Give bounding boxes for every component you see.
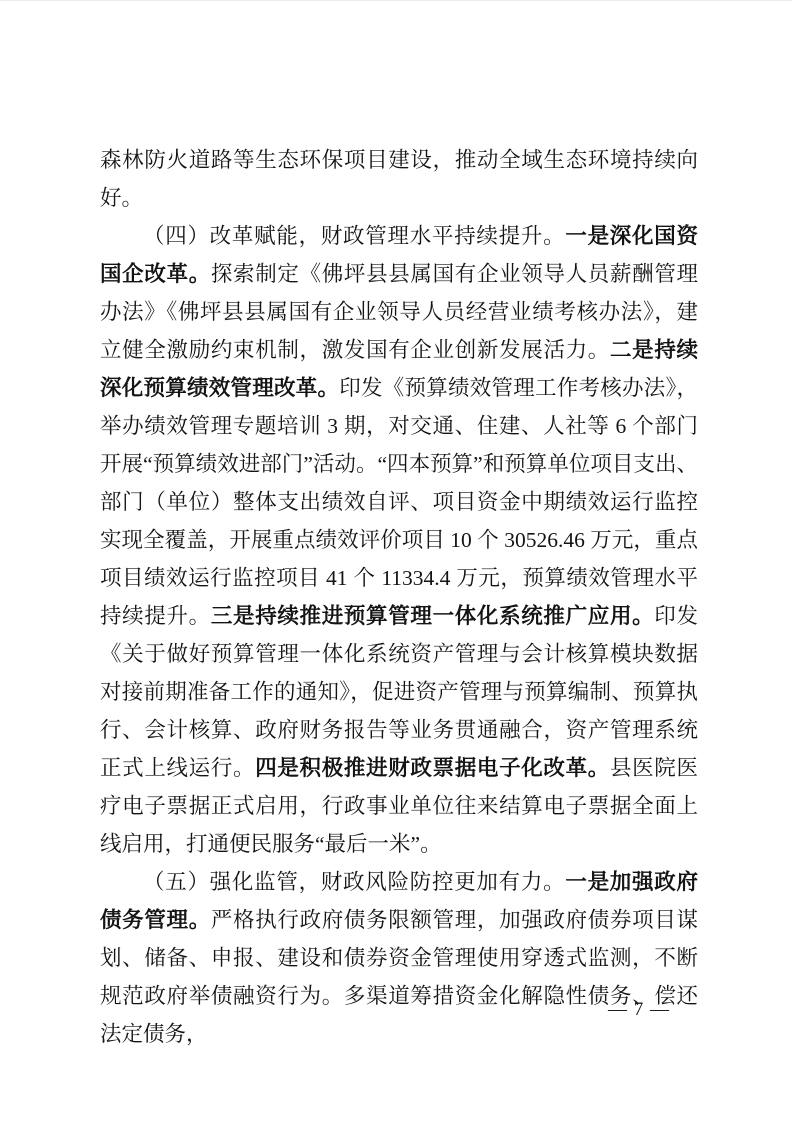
body-text-run: 森林防火道路等生态环保项目建设，推动全域生态环境持续向好。 [100, 148, 698, 210]
bold-point-3-run: 三是持续推进预算管理一体化系统推广应用。 [211, 604, 654, 628]
page-number: — 7 — [608, 997, 670, 1023]
document-page: 森林防火道路等生态环保项目建设，推动全域生态环境持续向好。 （四）改革赋能，财政… [0, 0, 792, 1121]
paragraph-continuation: 森林防火道路等生态环保项目建设，推动全域生态环境持续向好。 [100, 141, 698, 217]
paragraph-section-4: （四）改革赋能，财政管理水平持续提升。一是深化国资国企改革。探索制定《佛坪县县属… [100, 217, 698, 863]
body-text-run: 印发《预算绩效管理工作考核办法》，举办绩效管理专题培训 3 期，对交通、住建、人… [100, 376, 698, 628]
section-5-heading-run: （五）强化监管，财政风险防控更加有力。 [143, 870, 565, 894]
document-text-block: 森林防火道路等生态环保项目建设，推动全域生态环境持续向好。 （四）改革赋能，财政… [100, 141, 698, 1053]
body-text-run: 印发《关于做好预算管理一体化系统资产管理与会计核算模块数据对接前期准备工作的通知… [100, 604, 698, 780]
bold-point-4-run: 四是积极推进财政票据电子化改革。 [255, 756, 610, 780]
paragraph-section-5: （五）强化监管，财政风险防控更加有力。一是加强政府债务管理。严格执行政府债务限额… [100, 863, 698, 1053]
section-4-heading-run: （四）改革赋能，财政管理水平持续提升。 [143, 224, 565, 248]
